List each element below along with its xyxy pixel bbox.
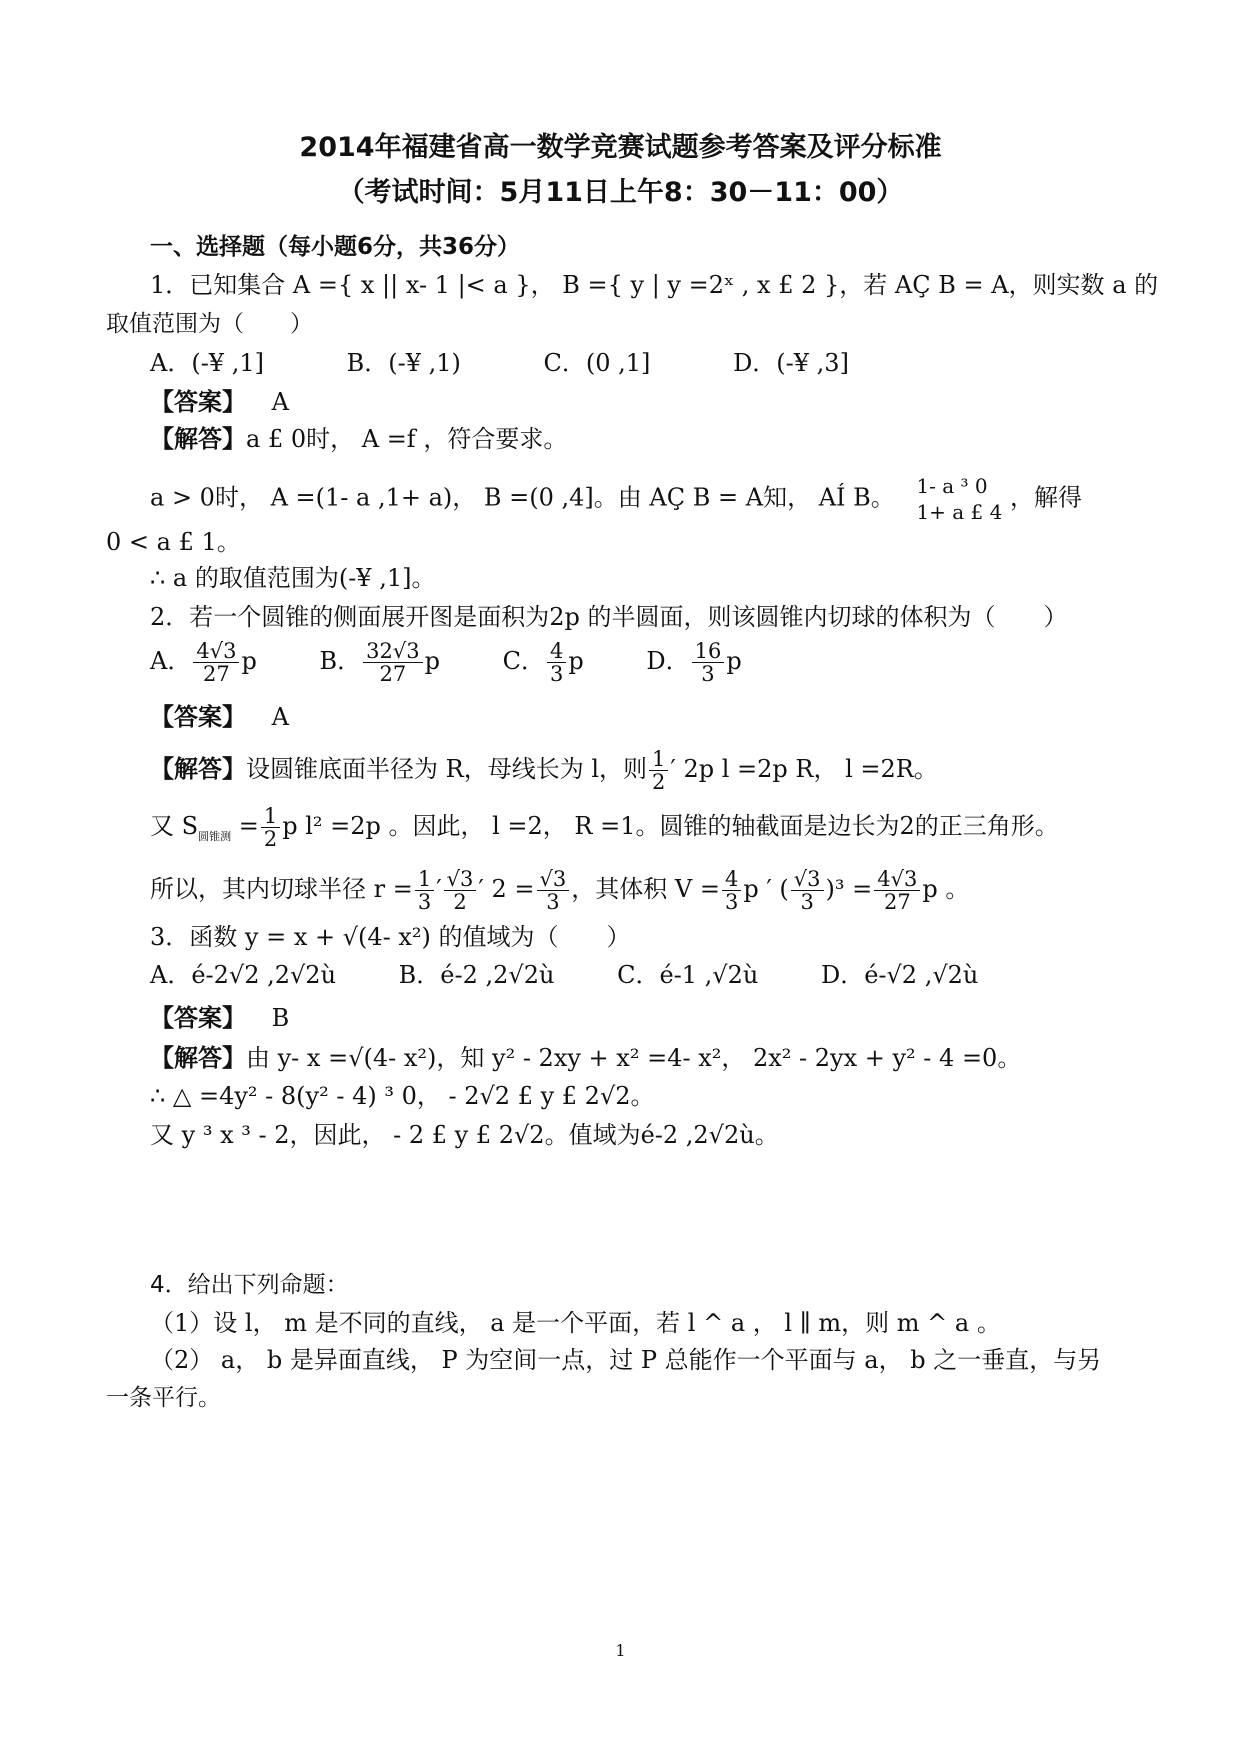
q3-stem: 3．函数 y = x + √(4- x²) 的值域为（ ） [150, 922, 631, 952]
pi-symbol: p [568, 647, 583, 675]
fraction: √33 [791, 868, 824, 913]
q3-option-b: B．é-2 ,2√2ù [399, 960, 555, 990]
q1-answer: 【答案】 A [150, 387, 289, 417]
fraction: 12 [261, 805, 280, 850]
denominator: 27 [874, 891, 920, 913]
q4-stem: 4．给出下列命题： [150, 1270, 349, 1300]
numerator: 4 [547, 640, 566, 663]
denominator: 2 [649, 771, 668, 793]
q4-item-2-continued: 一条平行。 [106, 1383, 221, 1413]
solution-text: ，解得 [1010, 484, 1082, 512]
q2-option-a: A．4√327p [150, 640, 257, 685]
numerator: 4 [722, 868, 741, 891]
solution-label: 【解答】 [150, 1044, 246, 1072]
denominator: 3 [692, 663, 725, 685]
q2-option-b: B．32√327p [319, 640, 439, 685]
numerator: 32√3 [363, 640, 422, 663]
denominator: 3 [722, 891, 741, 913]
solution-text: )³ = [826, 875, 873, 903]
denominator: 3 [537, 891, 570, 913]
q1-option-c: C．(0 ,1] [544, 348, 651, 378]
q1-solution-line3: 0 < a £ 1。 [106, 527, 241, 557]
q1-option-a: A．(-¥ ,1] [150, 348, 264, 378]
option-label: B． [319, 647, 361, 675]
numerator: √3 [791, 868, 824, 891]
subscript: 圆锥测 [198, 830, 231, 843]
q2-solution-line1: 【解答】设圆锥底面半径为 R，母线长为 l，则12′ 2p l =2p R， l… [150, 748, 938, 793]
q3-option-d: D．é-√2 ,√2ù [821, 960, 978, 990]
q2-answer: 【答案】 A [150, 702, 289, 732]
solution-text: ′ 2 = [478, 875, 534, 903]
q3-option-c: C．é-1 ,√2ù [617, 960, 758, 990]
denominator: 3 [547, 663, 566, 685]
fraction: 12 [649, 748, 668, 793]
solution-text: a > 0时， A =(1- a ,1+ a)， B =(0 ,4]。由 AÇ … [150, 484, 895, 512]
q2-option-c: C．43p [503, 640, 584, 685]
denominator: 3 [415, 891, 434, 913]
denominator: 27 [193, 663, 239, 685]
pi-symbol: p [425, 647, 440, 675]
numerator: √3 [444, 868, 477, 891]
inequality-2: 1+ a £ 4 [916, 499, 1002, 525]
solution-text: p ′ ( [743, 875, 788, 903]
q1-option-d: D．(-¥ ,3] [733, 348, 849, 378]
q1-stem-line2: 取值范围为（ ） [106, 309, 313, 339]
q3-options: A．é-2√2 ,2√2ù B．é-2 ,2√2ù C．é-1 ,√2ù D．é… [150, 960, 1038, 990]
solution-text: 由 y- x =√(4- x²)，知 y² - 2xy + x² =4- x²，… [246, 1044, 1021, 1072]
inequality-system: 1- a ³ 0 1+ a £ 4 [916, 473, 1002, 525]
fraction: √32 [444, 868, 477, 913]
fraction: 32√327 [363, 640, 422, 685]
q3-solution-line1: 【解答】由 y- x =√(4- x²)，知 y² - 2xy + x² =4-… [150, 1043, 1021, 1073]
q3-solution-line2: ∴ △ =4y² - 8(y² - 4) ³ 0， - 2√2 £ y £ 2√… [150, 1081, 655, 1111]
q1-option-b: B．(-¥ ,1) [347, 348, 461, 378]
denominator: 2 [444, 891, 477, 913]
q1-solution-line4: ∴ a 的取值范围为(-¥ ,1]。 [150, 563, 435, 593]
q3-answer: 【答案】 B [150, 1003, 289, 1033]
q2-option-d: D．163p [646, 640, 741, 685]
q2-solution-line2: 又 S圆锥测 =12p l² =2p 。因此， l =2， R =1。圆锥的轴截… [150, 805, 1059, 852]
page-number: 1 [0, 1641, 1241, 1660]
answer-value: A [272, 703, 289, 731]
denominator: 27 [363, 663, 422, 685]
q3-solution-line3: 又 y ³ x ³ - 2，因此， - 2 £ y £ 2√2。值域为é-2 ,… [150, 1120, 779, 1150]
solution-label: 【解答】 [150, 425, 246, 453]
inequality-1: 1- a ³ 0 [916, 473, 1002, 499]
solution-text: p 。 [922, 875, 969, 903]
solution-text: p l² =2p 。因此， l =2， R =1。圆锥的轴截面是边长为2的正三角… [282, 812, 1059, 840]
solution-text: ，其体积 V = [571, 875, 720, 903]
option-label: D． [646, 647, 689, 675]
fraction: 13 [415, 868, 434, 913]
q1-options: A．(-¥ ,1] B．(-¥ ,1) C．(0 ,1] D．(-¥ ,3] [150, 348, 909, 378]
fraction: 43 [722, 868, 741, 913]
answer-label: 【答案】 [150, 1004, 246, 1032]
numerator: 1 [261, 805, 280, 828]
solution-label: 【解答】 [150, 755, 246, 783]
answer-label: 【答案】 [150, 388, 246, 416]
fraction: 4√327 [874, 868, 920, 913]
pi-symbol: p [241, 647, 256, 675]
numerator: 4√3 [193, 640, 239, 663]
document-page: 2014年福建省高一数学竞赛试题参考答案及评分标准 （考试时间：5月11日上午8… [0, 0, 1241, 1754]
denominator: 3 [791, 891, 824, 913]
q3-option-a: A．é-2√2 ,2√2ù [150, 960, 336, 990]
q2-options: A．4√327p B．32√327p C．43p D．163p [150, 640, 802, 685]
solution-text: 设圆锥底面半径为 R，母线长为 l，则 [246, 755, 647, 783]
answer-value: B [272, 1004, 290, 1032]
solution-text: 又 S [150, 812, 198, 840]
section-heading-multiple-choice: 一、选择题（每小题6分，共36分） [150, 232, 520, 262]
document-subtitle: （考试时间：5月11日上午8：30－11：00） [0, 170, 1241, 209]
answer-value: A [272, 388, 289, 416]
numerator: 1 [415, 868, 434, 891]
denominator: 2 [261, 828, 280, 850]
numerator: 4√3 [874, 868, 920, 891]
solution-text: a £ 0时， A =f ，符合要求。 [246, 425, 567, 453]
answer-label: 【答案】 [150, 703, 246, 731]
q4-item-2: （2） a， b 是异面直线， P 为空间一点，过 P 总能作一个平面与 a， … [150, 1345, 1101, 1375]
fraction: 43 [547, 640, 566, 685]
q4-item-1: （1）设 l， m 是不同的直线， a 是一个平面，若 l ^ a ， l ∥ … [150, 1308, 1001, 1338]
solution-text: 所以，其内切球半径 r = [150, 875, 413, 903]
pi-symbol: p [726, 647, 741, 675]
option-label: C． [503, 647, 545, 675]
q1-solution-line1: 【解答】a £ 0时， A =f ，符合要求。 [150, 424, 567, 454]
q2-stem: 2．若一个圆锥的侧面展开图是面积为2p 的半圆面，则该圆锥内切球的体积为（ ） [150, 602, 1068, 632]
solution-text: ′ 2p l =2p R， l =2R。 [670, 755, 937, 783]
document-title: 2014年福建省高一数学竞赛试题参考答案及评分标准 [0, 125, 1241, 164]
q2-solution-line3: 所以，其内切球半径 r =13′√32′ 2 =√33，其体积 V =43p ′… [150, 868, 969, 913]
numerator: √3 [537, 868, 570, 891]
q1-solution-line2: a > 0时， A =(1- a ,1+ a)， B =(0 ,4]。由 AÇ … [150, 473, 1082, 525]
numerator: 1 [649, 748, 668, 771]
fraction: 163 [692, 640, 725, 685]
fraction: 4√327 [193, 640, 239, 685]
option-label: A． [150, 647, 191, 675]
fraction: √33 [537, 868, 570, 913]
numerator: 16 [692, 640, 725, 663]
q1-stem-line1: 1．已知集合 A ={ x || x- 1 |< a }， B ={ y | y… [150, 270, 1158, 300]
